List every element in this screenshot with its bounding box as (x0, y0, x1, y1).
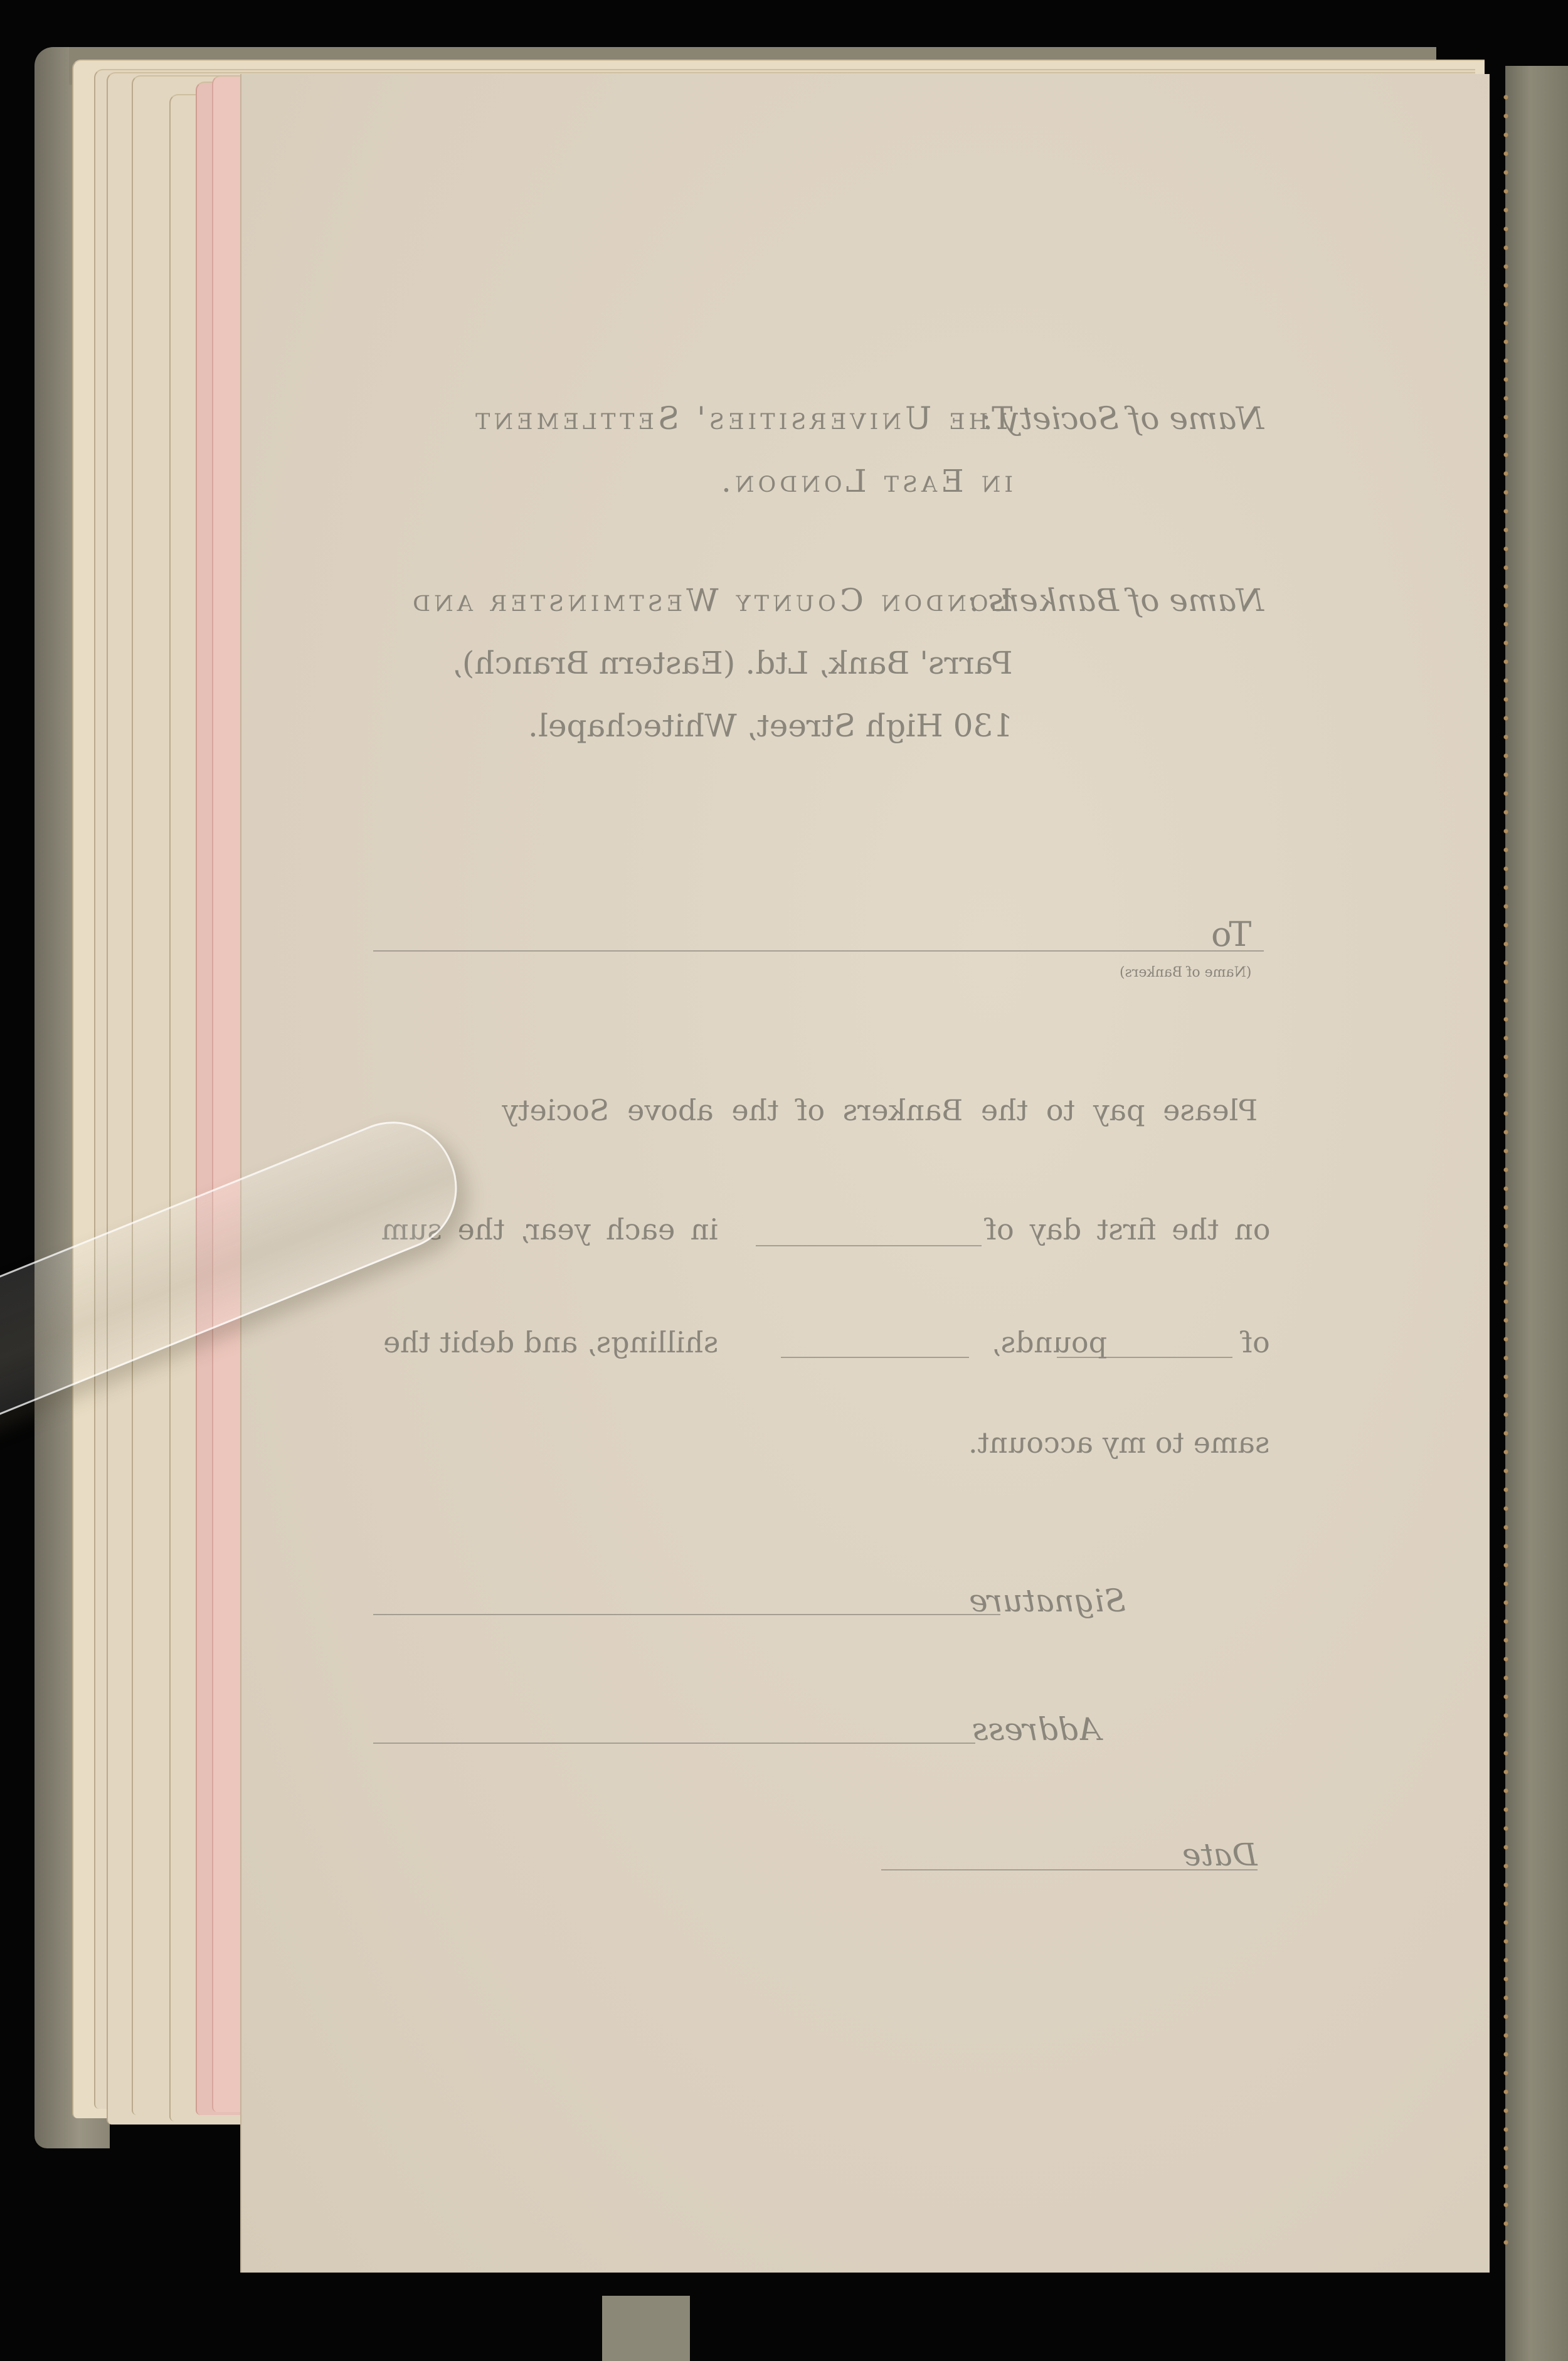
body-line4: same to my account. (968, 1426, 1270, 1460)
body-line1: Please pay to the Bankers of the above S… (502, 1093, 1258, 1127)
book-cover-right (1505, 66, 1568, 2361)
signature-line (373, 1614, 1000, 1615)
society-line1: The Universities' Settlement (472, 400, 1013, 437)
date-line (881, 1869, 1258, 1870)
shillings-line (781, 1357, 969, 1358)
bankers-line3: 130 High Street, Whitechapel. (528, 708, 1013, 744)
bankers-name-line (373, 950, 1264, 952)
society-line2: in East London. (718, 463, 1013, 499)
perforation-edge (1503, 88, 1509, 2258)
society-label-text: Name of Society : (982, 400, 1264, 437)
bankers-line2: Parrs' Bank, Ltd. (Eastern Branch), (452, 645, 1013, 681)
body-line2a: on the first day of (986, 1212, 1270, 1246)
body-line3c: shillings, and debit the (383, 1325, 718, 1359)
address-line (373, 1743, 975, 1744)
society-label: Name of Society : (982, 400, 1264, 437)
to-caption: (Name of Bankers) (1120, 965, 1251, 980)
to-label: To (1211, 915, 1251, 954)
day-line (756, 1245, 982, 1246)
date-label: Date (1182, 1837, 1258, 1873)
cover-torn-tab (602, 2296, 690, 2361)
body-line3b: pounds, (992, 1325, 1107, 1359)
bankers-line1: London County Westminster and (409, 582, 1013, 618)
body-line3a: of (1242, 1325, 1270, 1359)
address-label: Address (972, 1711, 1101, 1748)
